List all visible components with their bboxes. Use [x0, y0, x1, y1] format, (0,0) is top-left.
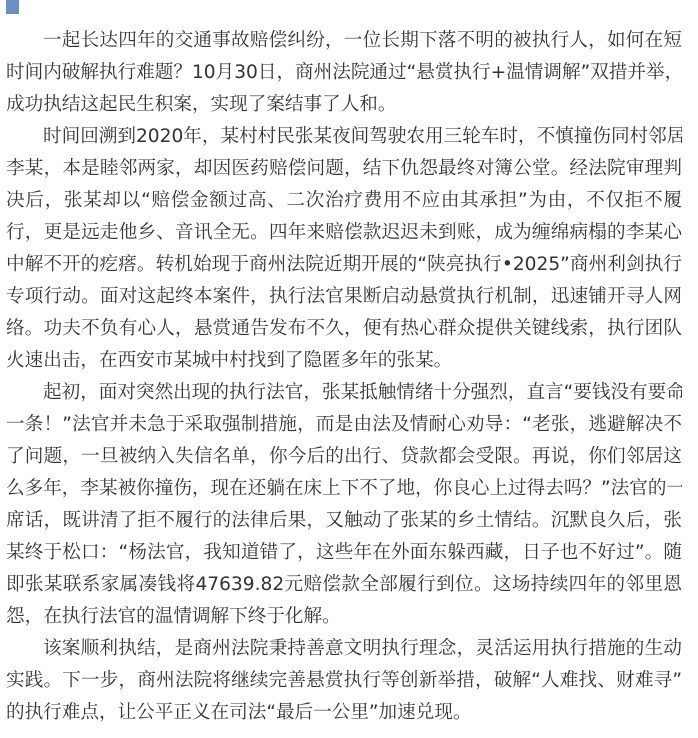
- text-line: 实践。下一步，商州法院将继续完善悬赏执行等创新举措，破解“人难找、财难寻”: [6, 665, 682, 697]
- text-line: 成功执结这起民生积案，实现了案结事了人和。: [6, 89, 682, 121]
- text-line: 怨，在执行法官的温情调解下终于化解。: [6, 601, 682, 633]
- text-line: 专项行动。面对这起终本案件，执行法官果断启动悬赏执行机制，迅速铺开寻人网: [6, 281, 682, 313]
- text-line: 李某，本是睦邻两家，却因医药赔偿问题，结下仇怨最终对簿公堂。经法院审理判: [6, 153, 682, 185]
- text-line: 即张某联系家属凑钱将47639.82元赔偿款全部履行到位。这场持续四年的邻里恩: [6, 569, 682, 601]
- paragraph-background: 时间回溯到2020年，某村村民张某夜间驾驶农用三轮车时，不慎撞伤同村邻居 李某，…: [6, 121, 682, 377]
- text-line: 时间回溯到2020年，某村村民张某夜间驾驶农用三轮车时，不慎撞伤同村邻居: [6, 121, 682, 153]
- text-line: 的执行难点，让公平正义在司法“最后一公里”加速兑现。: [6, 697, 682, 729]
- text-line: 么多年，李某被你撞伤，现在还躺在床上下不了地，你良心上过得去吗？”法官的一: [6, 473, 682, 505]
- text-line: 火速出击，在西安市某城中村找到了隐匿多年的张某。: [6, 345, 682, 377]
- text-line: 席话，既讲清了拒不履行的法律后果，又触动了张某的乡土情结。沉默良久后，张: [6, 505, 682, 537]
- article-body: 一起长达四年的交通事故赔偿纠纷，一位长期下落不明的被执行人，如何在短 时间内破解…: [6, 25, 682, 729]
- text-line: 中解不开的疙瘩。转机始现于商州法院近期开展的“陕亮执行•2025”商州利剑执行: [6, 249, 682, 281]
- text-line: 该案顺利执结，是商州法院秉持善意文明执行理念，灵活运用执行措施的生动: [6, 633, 682, 665]
- text-line: 一起长达四年的交通事故赔偿纠纷，一位长期下落不明的被执行人，如何在短: [6, 25, 682, 57]
- text-line: 某终于松口：“杨法官，我知道错了，这些年在外面东躲西藏，日子也不好过”。随: [6, 537, 682, 569]
- text-line: 行，更是远走他乡、音讯全无。四年来赔偿款迟迟未到账，成为缠绵病榻的李某心: [6, 217, 682, 249]
- text-line: 时间内破解执行难题？10月30日，商州法院通过“悬赏执行+温情调解”双措并举，: [6, 57, 682, 89]
- text-line: 决后，张某却以“赔偿金额过高、二次治疗费用不应由其承担”为由，不仅拒不履: [6, 185, 682, 217]
- paragraph-intro: 一起长达四年的交通事故赔偿纠纷，一位长期下落不明的被执行人，如何在短 时间内破解…: [6, 25, 682, 121]
- paragraph-conclusion: 该案顺利执结，是商州法院秉持善意文明执行理念，灵活运用执行措施的生动 实践。下一…: [6, 633, 682, 729]
- text-line: 起初，面对突然出现的执行法官，张某抵触情绪十分强烈，直言“要钱没有要命: [6, 377, 682, 409]
- text-line: 一条！”法官并未急于采取强制措施，而是由法及情耐心劝导：“老张，逃避解决不: [6, 409, 682, 441]
- section-marker: [6, 0, 19, 14]
- text-line: 了问题，一旦被纳入失信名单，你今后的出行、贷款都会受限。再说，你们邻居这: [6, 441, 682, 473]
- text-line: 络。功夫不负有心人，悬赏通告发布不久，便有热心群众提供关键线索，执行团队: [6, 313, 682, 345]
- paragraph-mediation: 起初，面对突然出现的执行法官，张某抵触情绪十分强烈，直言“要钱没有要命 一条！”…: [6, 377, 682, 633]
